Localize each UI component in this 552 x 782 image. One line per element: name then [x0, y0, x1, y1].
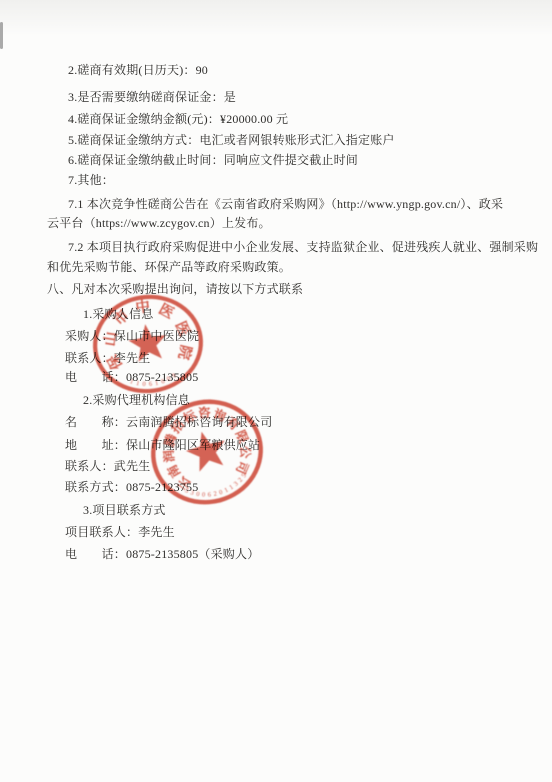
- svg-text:6: 6: [208, 491, 212, 498]
- doc-line: 电 话：0875-2135805（采购人）: [65, 546, 259, 562]
- doc-line: 名 称：云南润腾招标咨询有限公司: [65, 414, 272, 430]
- svg-text:1: 1: [228, 484, 235, 492]
- svg-text:医: 医: [156, 300, 177, 322]
- doc-line: 项目联系人：李先生: [65, 524, 175, 540]
- doc-line: 4.磋商保证金缴纳金额(元)：¥20000.00 元: [68, 111, 288, 127]
- svg-text:0: 0: [202, 491, 206, 498]
- doc-line: 联系人：武先生: [65, 458, 150, 474]
- scan-edge-mark: [0, 22, 3, 49]
- doc-line: 联系人：李先生: [65, 350, 150, 366]
- svg-text:院: 院: [175, 343, 196, 362]
- svg-text:2: 2: [237, 477, 244, 484]
- doc-line: 5.磋商保证金缴纳方式：电汇或者网银转账形式汇入指定账户: [68, 132, 395, 148]
- doc-line: 7.1 本次竞争性磋商公告在《云南省政府采购网》（http://www.yngp…: [68, 196, 503, 212]
- doc-line: 联系方式：0875-2123755: [65, 479, 198, 495]
- buyer-official-seal: 保山市中医医院11061009: [83, 279, 213, 409]
- svg-text:南: 南: [164, 462, 183, 481]
- svg-text:5: 5: [240, 472, 248, 479]
- doc-line: 地 址：保山市隆阳区军粮供应站: [65, 437, 260, 453]
- doc-line: 采购人：保山市中医医院: [65, 328, 199, 344]
- scanned-document-page: 2.磋商有效期(日历天)：90 3.是否需要缴纳磋商保证金：是 4.磋商保证金缴…: [0, 0, 552, 782]
- doc-line: 3.项目联系方式: [83, 502, 166, 518]
- doc-line: 6.磋商保证金缴纳截止时间：同响应文件提交截止时间: [68, 152, 358, 168]
- svg-text:3: 3: [233, 480, 240, 487]
- doc-line: 7.2 本项目执行政府采购促进中小企业发展、支持监狱企业、促进残疾人就业、强制采…: [68, 239, 538, 255]
- doc-line: 八、凡对本次采购提出询问，请按以下方式联系: [47, 281, 303, 297]
- doc-line: 2.采购代理机构信息: [83, 392, 190, 408]
- svg-text:0: 0: [218, 489, 223, 497]
- svg-text:2: 2: [213, 490, 218, 498]
- doc-line: 电 话：0875-2135805: [65, 369, 198, 385]
- doc-line: 云平台（https://www.zcygov.cn）上发布。: [47, 215, 271, 231]
- seal-graphic: 保山市中医医院11061009: [83, 279, 213, 409]
- doc-line: 2.磋商有效期(日历天)：90: [68, 62, 208, 78]
- doc-line: 3.是否需要缴纳磋商保证金：是: [68, 89, 236, 105]
- svg-text:1: 1: [223, 487, 229, 495]
- doc-line: 7.其他：: [68, 172, 114, 188]
- doc-line: 和优先采购节能、环保产品等政府采购政策。: [47, 259, 291, 275]
- svg-text:司: 司: [233, 459, 251, 476]
- doc-line: 1.采购人信息: [83, 306, 153, 322]
- scan-top-shadow: [0, 0, 552, 36]
